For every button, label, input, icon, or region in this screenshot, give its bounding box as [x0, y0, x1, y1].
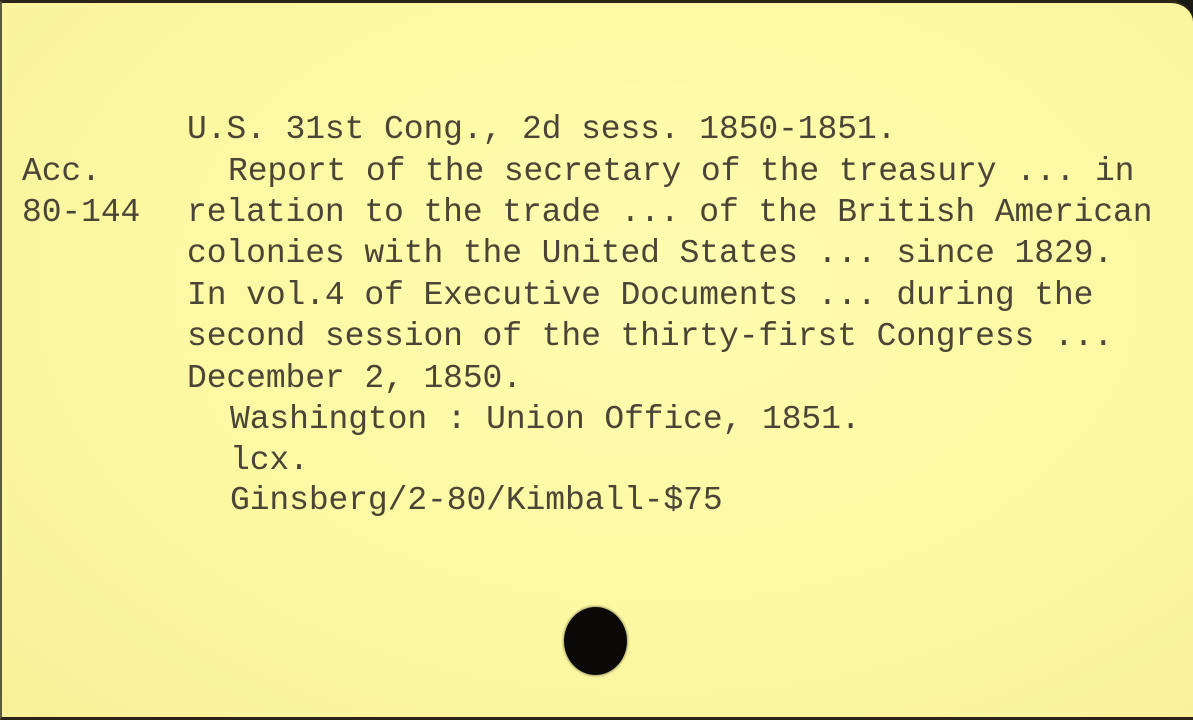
- title-line-1: Report of the secretary of the treasury …: [228, 155, 1134, 188]
- title-line-6: December 2, 1850.: [187, 362, 522, 395]
- title-line-3: colonies with the United States ... sinc…: [187, 237, 1113, 270]
- punch-hole-icon: [564, 607, 627, 675]
- title-line-4: In vol.4 of Executive Documents ... duri…: [187, 279, 1093, 312]
- imprint-line: Washington : Union Office, 1851.: [230, 403, 861, 436]
- copies-line: lcx.: [230, 444, 309, 477]
- heading-line: U.S. 31st Cong., 2d sess. 1850-1851.: [187, 113, 896, 146]
- accession-label: Acc.: [22, 155, 101, 188]
- title-line-5: second session of the thirty-first Congr…: [187, 320, 1113, 353]
- title-line-2: relation to the trade ... of the British…: [187, 196, 1152, 229]
- accession-number: 80-144: [22, 196, 140, 229]
- provenance-line: Ginsberg/2-80/Kimball-$75: [230, 484, 723, 517]
- catalog-card: U.S. 31st Cong., 2d sess. 1850-1851. Acc…: [0, 0, 1193, 720]
